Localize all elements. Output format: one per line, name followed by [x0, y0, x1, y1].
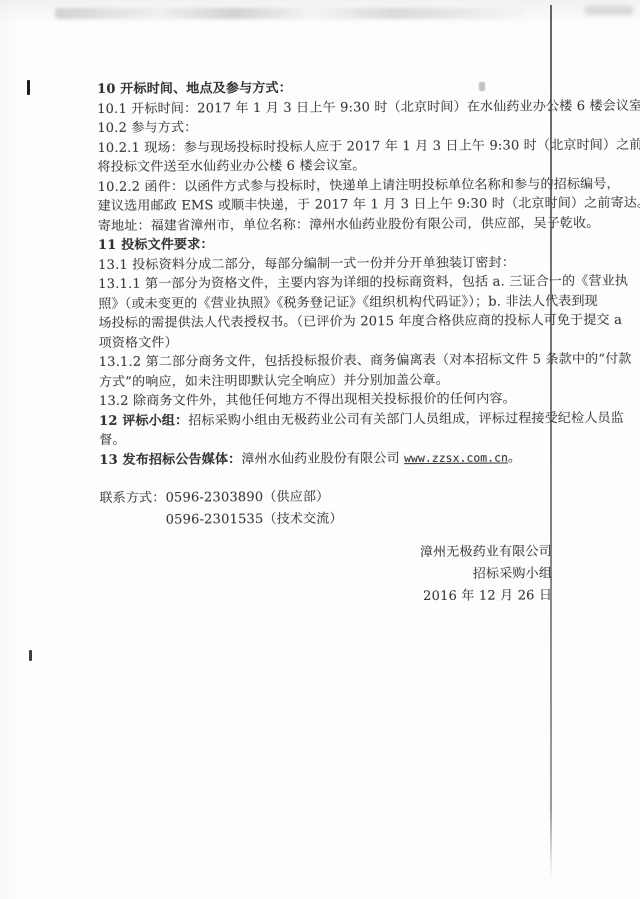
website-url: www.zzsx.com.cn	[404, 450, 508, 465]
signature-date: 2016 年 12 月 26 日	[100, 585, 552, 610]
section-heading: 10 开标时间、地点及参与方式：	[97, 81, 292, 97]
contact-phone-technical: 0596-2301535（技术交流）	[100, 507, 556, 532]
doc-line-10-1: 10.1 开标时间：2017 年 1 月 3 日上午 9:30 时（北京时间）在…	[97, 97, 553, 119]
section-heading: 13 发布招标公告媒体：	[99, 452, 241, 468]
scanned-document-page: { "colors": { "page_background": "#fdfdf…	[0, 0, 640, 899]
scanner-smudge-top	[55, 8, 525, 19]
signature-block: 漳州无极药业有限公司 招标采购小组 2016 年 12 月 26 日	[100, 541, 556, 610]
doc-line-13-2: 13.2 除商务文件外，其他任何地方不得出现相关投标报价的任何内容。	[99, 389, 555, 411]
doc-line: 寄地址：福建省漳州市，单位名称：漳州水仙药业股份有限公司，供应部，吴子乾收。	[98, 214, 554, 236]
punch-mark-bottom	[29, 650, 32, 661]
doc-line: 建议选用邮政 EMS 或顺丰快递，于 2017 年 1 月 3 日上午 9:30…	[98, 194, 554, 216]
punch-mark-top	[27, 80, 30, 95]
signature-company: 漳州无极药业有限公司	[100, 541, 552, 566]
section-heading: 12 评标小组：	[99, 413, 188, 429]
signature-group: 招标采购小组	[100, 563, 552, 588]
doc-line-13-1-2: 13.1.2 第二部分商务文件，包括投标报价表、商务偏离表（对本招标文件 5 条…	[99, 350, 555, 372]
doc-line-10-2-1: 10.2.1 现场：参与现场投标时投标人应于 2017 年 1 月 3 日上午 …	[97, 136, 553, 158]
document-body: 10 开标时间、地点及参与方式： 10.1 开标时间：2017 年 1 月 3 …	[97, 77, 556, 610]
scanner-smudge-top-right	[585, 6, 633, 15]
contact-phone-supply: 联系方式：0596-2303890（供应部）	[99, 485, 555, 510]
doc-line: 场投标的需提供法人代表授权书。（已评价为 2015 年度合格供应商的投标人可免于…	[98, 311, 554, 333]
doc-line-13-media: 13 发布招标公告媒体：漳州水仙药业股份有限公司 www.zzsx.com.cn…	[99, 448, 555, 470]
contact-block: 联系方式：0596-2303890（供应部） 0596-2301535（技术交流…	[99, 485, 555, 532]
doc-line-12: 12 评标小组：招标采购小组由无极药业公司有关部门人员组成，评标过程接受纪检人员…	[99, 409, 555, 431]
section-heading: 11 投标文件要求：	[98, 237, 214, 253]
doc-line-13-1-1: 13.1.1 第一部分为资格文件，主要内容为详细的投标商资料，包括 a. 三证合…	[98, 272, 554, 294]
